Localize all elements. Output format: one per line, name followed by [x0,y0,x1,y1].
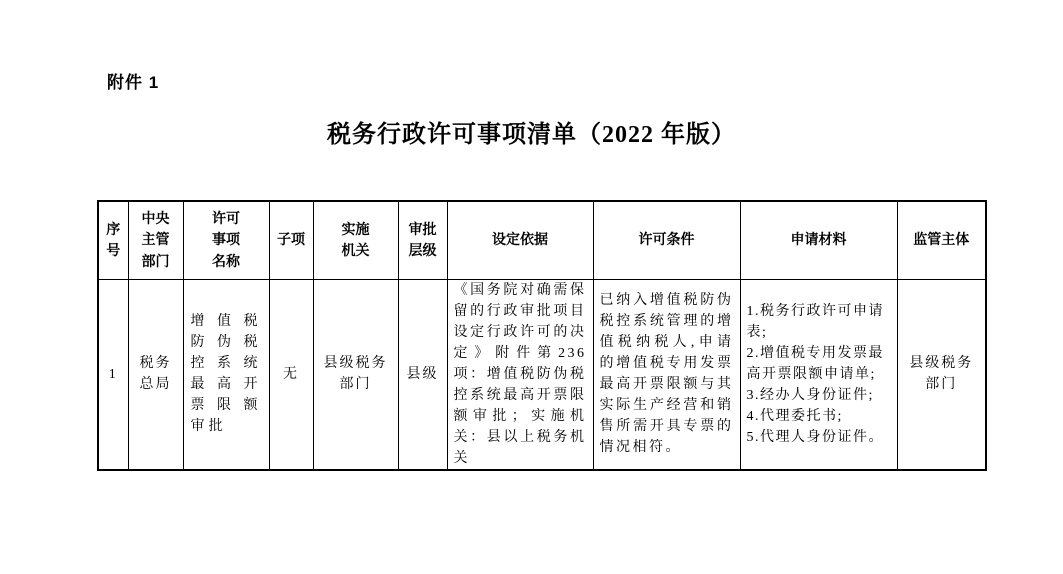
header-license-conditions: 许可条件 [593,201,740,279]
attachment-label: 附件 1 [107,68,159,93]
header-application-materials: 申请材料 [740,201,897,279]
material-item: 2.增值税专用发票最高开票限额申请单; [747,343,891,385]
header-legal-basis: 设定依据 [447,201,593,279]
cell-legal-basis: 《国务院对确需保留的行政审批项目设定行政许可的决定》附件第236项：增值税防伪税… [447,279,593,470]
cell-sub-item: 无 [269,279,313,470]
licensing-items-table: 序 号 中央 主管 部门 许可 事项 名称 子项 实施 机关 审批 层级 设定依… [97,200,987,471]
material-item: 4.代理委托书; [747,406,891,427]
cell-supervising-entity: 县级税务部门 [897,279,986,470]
table-header-row: 序 号 中央 主管 部门 许可 事项 名称 子项 实施 机关 审批 层级 设定依… [98,201,986,279]
document-page: 附件 1 税务行政许可事项清单（2022 年版） 序 号 中央 主管 部门 许可… [0,0,1063,574]
material-item: 3.经办人身份证件; [747,385,891,406]
header-supervising-entity: 监管主体 [897,201,986,279]
material-item: 1.税务行政许可申请表; [747,301,891,343]
cell-application-materials: 1.税务行政许可申请表; 2.增值税专用发票最高开票限额申请单; 3.经办人身份… [740,279,897,470]
header-implementing-agency: 实施 机关 [313,201,398,279]
cell-implementing-agency: 县级税务部门 [313,279,398,470]
cell-seq: 1 [98,279,128,470]
document-title: 税务行政许可事项清单（2022 年版） [0,114,1063,149]
cell-approval-level: 县级 [398,279,447,470]
cell-license-conditions: 已纳入增值税防伪税控系统管理的增值税纳税人,申请的增值税专用发票最高开票限额与其… [593,279,740,470]
header-approval-level: 审批 层级 [398,201,447,279]
header-item-name: 许可 事项 名称 [183,201,269,279]
header-sub-item: 子项 [269,201,313,279]
header-seq: 序 号 [98,201,128,279]
cell-central-dept: 税务总局 [128,279,183,470]
header-central-dept: 中央 主管 部门 [128,201,183,279]
table-row: 1 税务总局 增值税防伪税控系统最高开票限额审批 无 县级税务部门 县级 《国务… [98,279,986,470]
cell-item-name: 增值税防伪税控系统最高开票限额审批 [183,279,269,470]
material-item: 5.代理人身份证件。 [747,427,891,448]
